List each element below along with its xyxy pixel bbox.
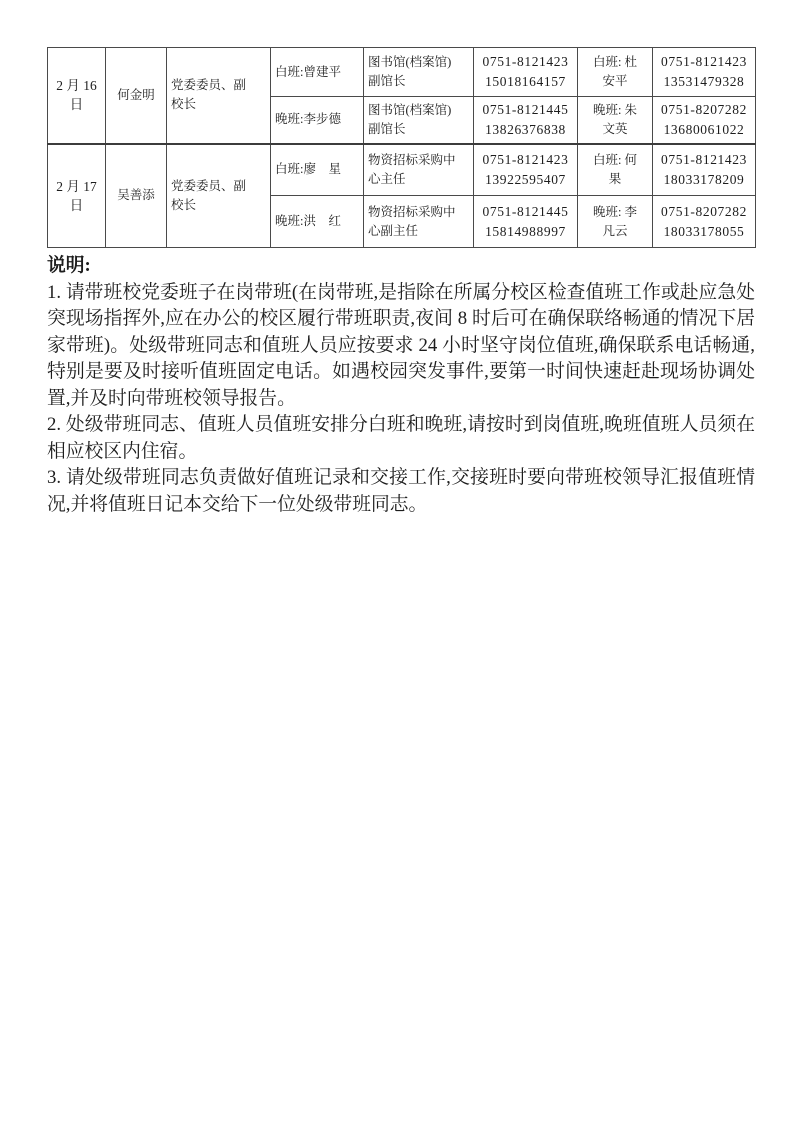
duty-officer-title-cell: 图书馆(档案馆) 副馆长 — [364, 97, 474, 144]
duty-schedule-table: 2 月 16 日 何金明 党委委员、副 校长 白班:曾建平 图书馆(档案馆) 副… — [47, 47, 756, 248]
duty-officer-cell: 白班:廖 星 — [271, 144, 364, 196]
leader-title-cell: 党委委员、副 校长 — [167, 144, 271, 248]
duty-staff-phone-cell: 0751-8121423 18033178209 — [653, 144, 756, 196]
date-cell: 2 月 17 日 — [48, 144, 106, 248]
duty-officer-cell: 白班:曾建平 — [271, 48, 364, 97]
leader-name-cell: 何金明 — [106, 48, 167, 144]
note-item-1: 1. 请带班校党委班子在岗带班(在岗带班,是指除在所属分校区检查值班工作或赴应急… — [47, 280, 755, 413]
duty-officer-cell: 晚班:洪 红 — [271, 196, 364, 248]
duty-staff-phone-cell: 0751-8207282 13680061022 — [653, 97, 756, 144]
duty-staff-cell: 白班: 何 果 — [578, 144, 653, 196]
duty-officer-title-cell: 图书馆(档案馆) 副馆长 — [364, 48, 474, 97]
notes-section: 说明: 1. 请带班校党委班子在岗带班(在岗带班,是指除在所属分校区检查值班工作… — [47, 253, 755, 518]
leader-name-cell: 吴善添 — [106, 144, 167, 248]
duty-officer-title-cell: 物资招标采购中 心主任 — [364, 144, 474, 196]
page-content: 2 月 16 日 何金明 党委委员、副 校长 白班:曾建平 图书馆(档案馆) 副… — [47, 47, 755, 518]
duty-staff-phone-cell: 0751-8121423 13531479328 — [653, 48, 756, 97]
duty-staff-cell: 晚班: 朱 文英 — [578, 97, 653, 144]
duty-staff-cell: 白班: 杜 安平 — [578, 48, 653, 97]
duty-staff-cell: 晚班: 李 凡云 — [578, 196, 653, 248]
duty-staff-phone-cell: 0751-8207282 18033178055 — [653, 196, 756, 248]
note-item-2: 2. 处级带班同志、值班人员值班安排分白班和晚班,请按时到岗值班,晚班值班人员须… — [47, 412, 755, 465]
duty-officer-title-cell: 物资招标采购中 心副主任 — [364, 196, 474, 248]
note-item-3: 3. 请处级带班同志负责做好值班记录和交接工作,交接班时要向带班校领导汇报值班情… — [47, 465, 755, 518]
document-page: 2 月 16 日 何金明 党委委员、副 校长 白班:曾建平 图书馆(档案馆) 副… — [0, 0, 793, 1122]
duty-officer-phone-cell: 0751-8121423 13922595407 — [474, 144, 578, 196]
duty-officer-phone-cell: 0751-8121423 15018164157 — [474, 48, 578, 97]
leader-title-cell: 党委委员、副 校长 — [167, 48, 271, 144]
date-cell: 2 月 16 日 — [48, 48, 106, 144]
duty-officer-phone-cell: 0751-8121445 13826376838 — [474, 97, 578, 144]
table-row: 2 月 16 日 何金明 党委委员、副 校长 白班:曾建平 图书馆(档案馆) 副… — [48, 48, 756, 97]
table-row: 2 月 17 日 吴善添 党委委员、副 校长 白班:廖 星 物资招标采购中 心主… — [48, 144, 756, 196]
duty-officer-cell: 晚班:李步德 — [271, 97, 364, 144]
duty-officer-phone-cell: 0751-8121445 15814988997 — [474, 196, 578, 248]
notes-heading: 说明: — [47, 253, 755, 280]
